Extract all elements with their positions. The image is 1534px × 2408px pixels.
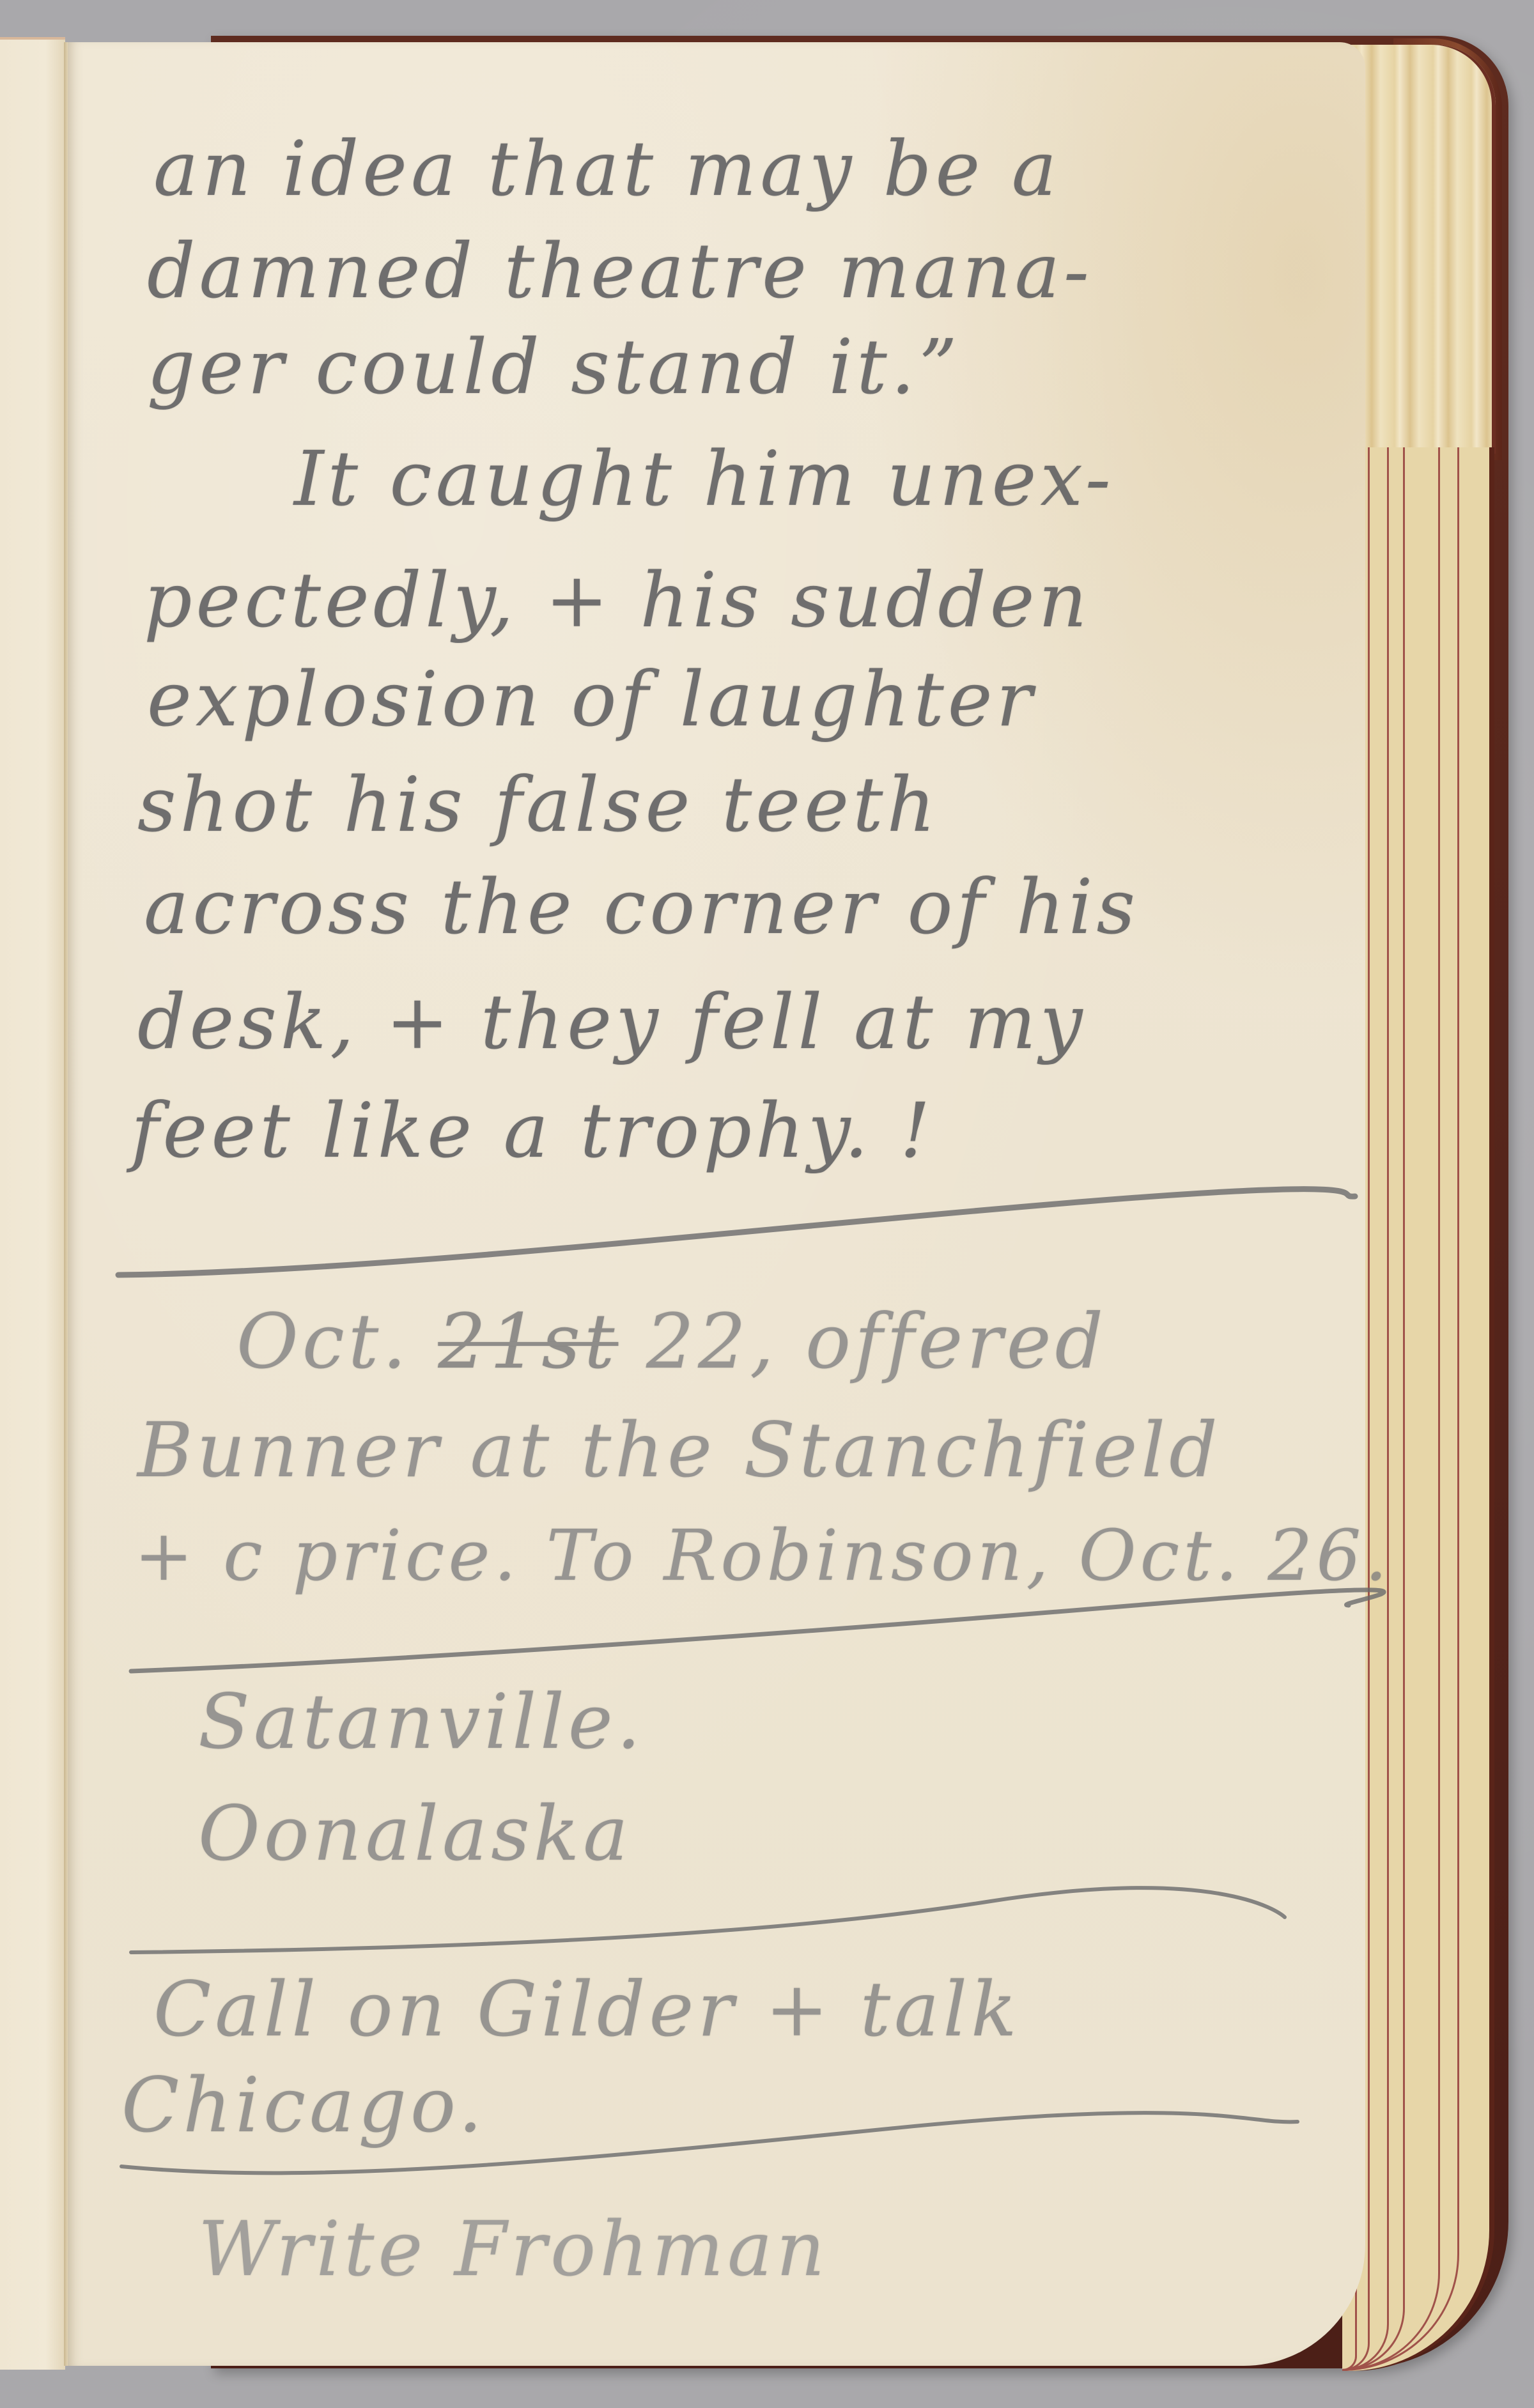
handwritten-line: across the corner of his xyxy=(144,863,1139,951)
handwritten-line: + c price. To Robinson, Oct. 26. xyxy=(134,1515,1391,1596)
handwritten-line: an idea that may be a xyxy=(153,125,1060,213)
handwritten-line: Satanville. xyxy=(198,1678,644,1766)
handwritten-line: ger could stand it.” xyxy=(147,323,961,411)
handwritten-line: damned theatre mana- xyxy=(147,227,1093,315)
struck-out-date: 21st xyxy=(438,1297,618,1385)
handwritten-line: Bunner at the Stanchfield xyxy=(137,1406,1221,1494)
handwritten-line: feet like a trophy. ! xyxy=(131,1086,934,1175)
handwritten-line: pectedly, + his sudden xyxy=(144,556,1091,644)
date-prefix: Oct. xyxy=(236,1297,410,1385)
handwritten-line: explosion of laughter xyxy=(147,655,1036,743)
facing-page-left xyxy=(0,37,65,2370)
handwritten-line: Write Frohman xyxy=(198,2205,828,2293)
handwritten-line: shot his false teeth xyxy=(137,760,939,849)
date-suffix: 22, offered xyxy=(646,1297,1107,1385)
scan-background: an idea that may be a damned theatre man… xyxy=(0,0,1534,2408)
handwritten-line: It caught him unex- xyxy=(294,435,1115,523)
handwritten-line-dated: Oct. 21st 22, offered xyxy=(236,1297,1107,1385)
handwritten-line: Oonalaska xyxy=(198,1789,632,1878)
page-stack-upper-edge xyxy=(1342,45,1496,454)
handwritten-line: Call on Gilder + talk xyxy=(153,1965,1021,2053)
handwritten-line: Chicago. xyxy=(121,2061,486,2149)
handwritten-line: desk, + they fell at my xyxy=(137,978,1087,1066)
